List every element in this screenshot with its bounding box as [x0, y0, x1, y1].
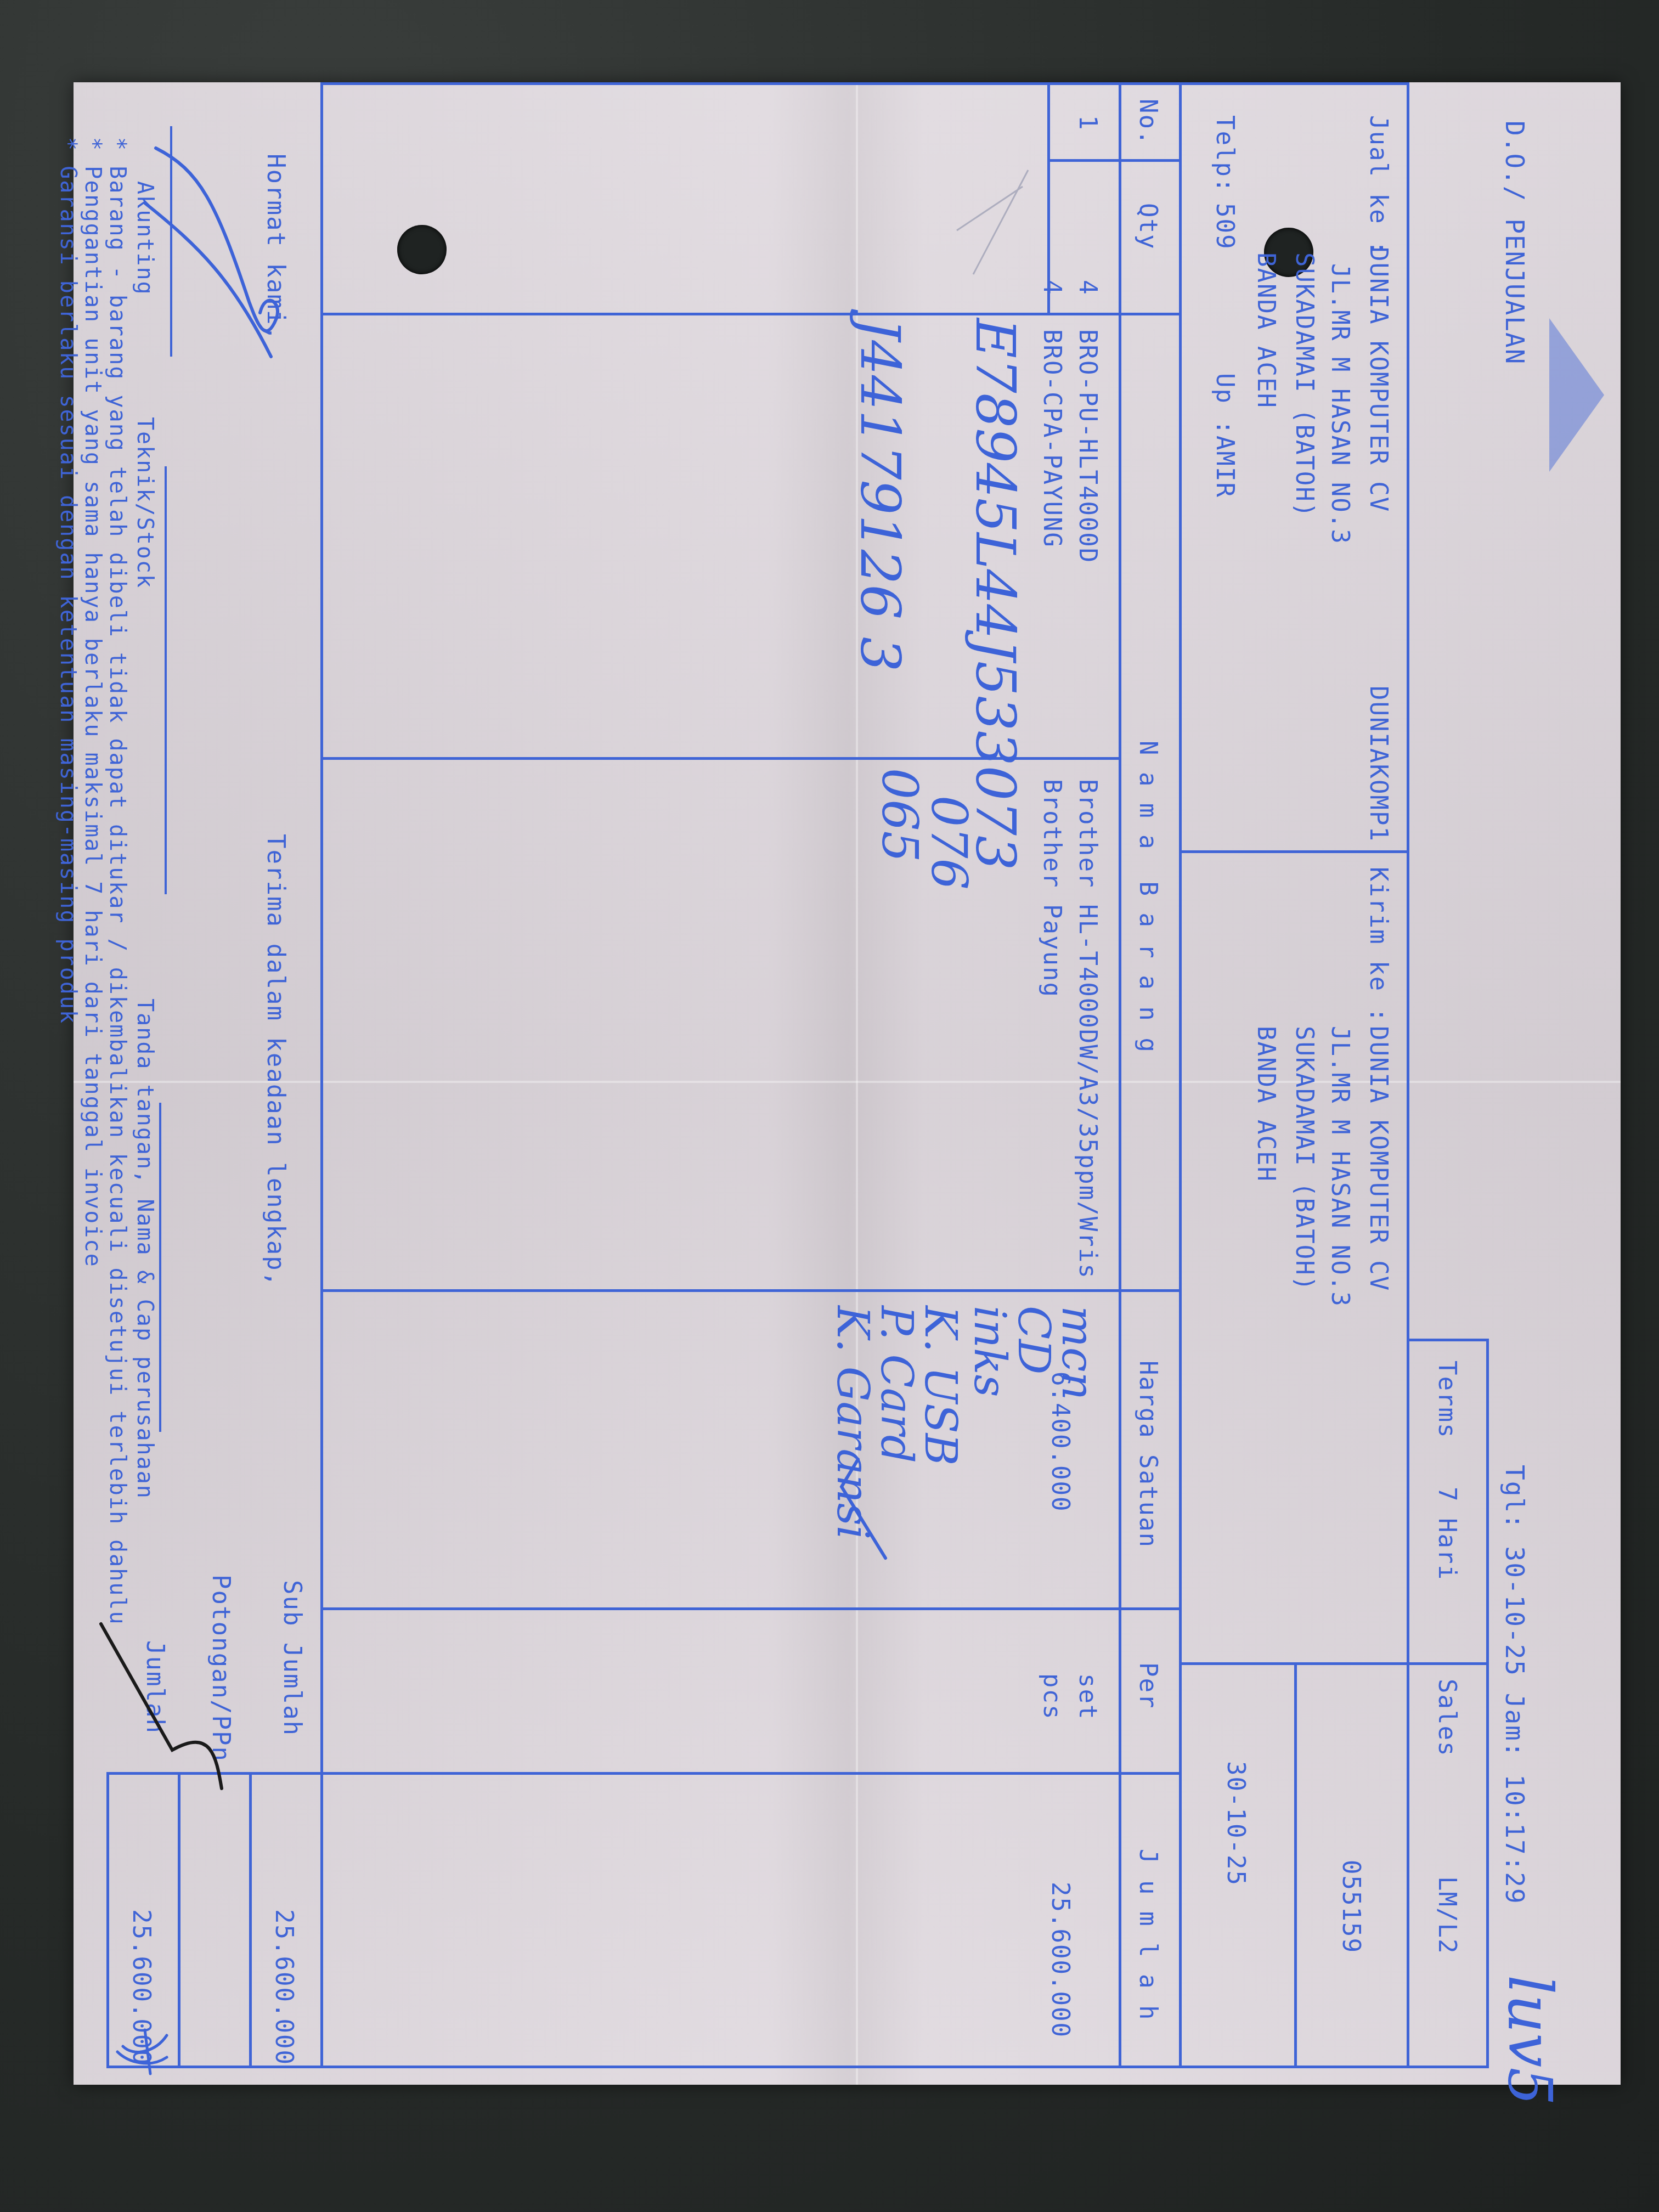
col-divider	[320, 1772, 1182, 1775]
initials-mark-icon	[112, 2024, 178, 2079]
row-name: Brother Payung	[1040, 779, 1064, 998]
handwritten-check-item: K. USB	[918, 1306, 962, 1466]
row-code: BRO-PU-HLT4000D	[1075, 329, 1099, 563]
ink-smudge	[1544, 313, 1621, 477]
ship-to-address-2: SUKADAMAI (BATOH)	[1292, 1026, 1316, 1291]
table-header-divider	[1119, 82, 1121, 2068]
handwritten-check-item: inks	[968, 1306, 1012, 1397]
handwritten-check-item: CD	[1012, 1306, 1056, 1374]
row-per: pcs	[1040, 1673, 1064, 1720]
signature-line	[159, 1103, 161, 1432]
accounting-signature	[139, 137, 282, 368]
delivery-order-paper: D.O./ PENJUALAN Tgl: 30-10-25 Jam: 10:17…	[74, 82, 1621, 2085]
sales-value: LM/L2	[1435, 1876, 1459, 1954]
phone-label: Telp:	[1212, 115, 1237, 193]
handwritten-serial: 076	[924, 795, 973, 890]
row-per: set	[1075, 1673, 1099, 1720]
date-time: Tgl: 30-10-25 Jam: 10:17:29	[1502, 1465, 1527, 1905]
ship-to-label: Kirim ke :	[1366, 867, 1390, 1023]
note-1: * Barang - barang yang telah dibeli tida…	[106, 137, 128, 1626]
sold-to-address-1: JL.MR M HASAN NO.3	[1328, 263, 1352, 545]
sold-to-city: BANDA ACEH	[1254, 252, 1278, 409]
handwritten-serial: E78945L44J533073	[968, 318, 1023, 871]
row-qty: 4	[1040, 280, 1064, 296]
handwritten-check-item: P. Card	[874, 1306, 918, 1463]
sign-stock-label: Teknik/Stock	[134, 417, 156, 589]
col-divider	[320, 1607, 1182, 1610]
handwritten-serial: 065	[874, 768, 924, 862]
pencil-mark-icon	[940, 165, 1039, 307]
header-total: J u m l a h	[1136, 1849, 1160, 2021]
col-divider	[320, 313, 1182, 315]
row-divider	[1047, 82, 1050, 313]
do-number: 055159	[1339, 1860, 1363, 1954]
handwritten-check-item: mcn	[1056, 1306, 1099, 1400]
subtotal-value: 25.600.000	[272, 1909, 296, 2066]
attention: Up :AMIR	[1212, 373, 1237, 498]
note-3: * Garansi berlaku sesuai dengan ketentua…	[57, 137, 79, 1024]
ship-to-address-1: JL.MR M HASAN NO.3	[1328, 1026, 1352, 1307]
row-total: 25.600.000	[1048, 1882, 1072, 2038]
header-qty: Qty	[1136, 203, 1160, 250]
header-no: No.	[1136, 99, 1160, 145]
checkmark-icon	[836, 1454, 891, 1564]
row-qty: 4	[1075, 280, 1099, 296]
discount-box	[178, 1772, 252, 2068]
sold-to-label: Jual ke :	[1366, 115, 1390, 256]
row-name: Brother HL-T4000DW/A3/35ppm/Wris	[1075, 779, 1099, 1279]
header-per: Per	[1136, 1662, 1160, 1709]
subtotal-label: Sub Jumlah	[280, 1580, 304, 1736]
ship-to-name: DUNIA KOMPUTER CV	[1366, 1026, 1390, 1291]
customer-code: DUNIAKOMP1	[1366, 686, 1390, 842]
divider	[1407, 1662, 1489, 1665]
row-no: 1	[1075, 115, 1099, 131]
sign-receiver-label: Tanda tangan, Nama & Cap perusahaan	[134, 998, 156, 1499]
row-code: BRO-CPA-PAYUNG	[1040, 329, 1064, 548]
received-text: Terima dalam keadaan lengkap,	[263, 834, 287, 1287]
divider	[1294, 1662, 1297, 2068]
handwritten-serial: J44179126 3	[853, 318, 907, 672]
note-2: * Penggantian unit yang sama hanya berla…	[82, 137, 104, 1267]
black-checkmark-icon	[90, 1618, 233, 1794]
terms-value: 7 Hari	[1435, 1487, 1459, 1581]
terms-label: Terms	[1435, 1361, 1459, 1438]
ship-to-city: BANDA ACEH	[1254, 1026, 1278, 1182]
phone-value: 509	[1212, 203, 1237, 250]
col-divider	[320, 1289, 1182, 1292]
signature-line	[165, 466, 167, 894]
sold-to-name: DUNIA KOMPUTER CV	[1366, 247, 1390, 512]
sold-to-address-2: SUKADAMAI (BATOH)	[1292, 252, 1316, 518]
header-unit-price: Harga Satuan	[1136, 1361, 1160, 1548]
handwritten-corner-note: luv5	[1500, 1975, 1560, 2106]
divider	[1179, 850, 1409, 853]
document-title: D.O./ PENJUALAN	[1502, 121, 1527, 365]
do-date: 30-10-25	[1223, 1761, 1248, 1886]
rotated-document: D.O./ PENJUALAN Tgl: 30-10-25 Jam: 10:17…	[0, 0, 1659, 2212]
sales-label: Sales	[1435, 1679, 1459, 1757]
header-item-name: N a m a B a r a n g	[1136, 741, 1160, 1053]
col-divider	[1050, 159, 1182, 162]
